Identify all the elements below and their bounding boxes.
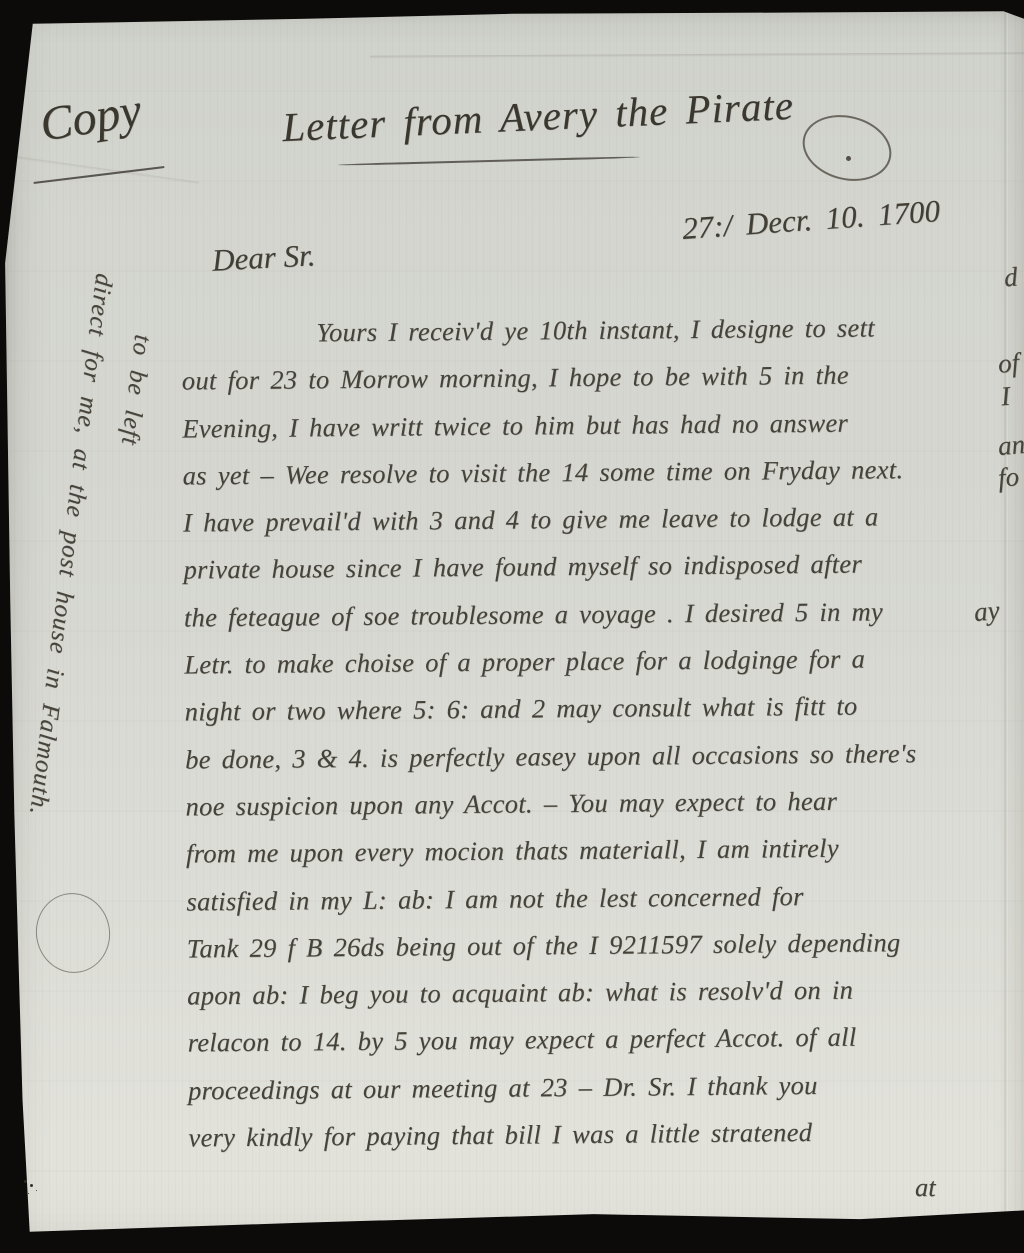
body-line: apon ab: I beg you to acquaint ab: what …	[187, 974, 987, 1028]
body-line: night or two where 5: 6: and 2 may consu…	[185, 690, 985, 744]
body-line: noe suspicion upon any Accot. – You may …	[185, 784, 985, 838]
body-last-word: at	[915, 1172, 936, 1203]
edge-fragment: an	[997, 429, 1024, 462]
body-line: Letr. to make choise of a proper place f…	[184, 643, 984, 697]
body-line: the feteague of soe troublesome a voyage…	[184, 595, 984, 649]
scanned-letter-page: Copy Letter from Avery the Pirate 27:/ D…	[0, 0, 1024, 1253]
body-line: from me upon every mocion thats material…	[186, 832, 986, 886]
body-line: private house since I have found myself …	[183, 548, 983, 602]
body-line: Evening, I have writt twice to him but h…	[182, 406, 982, 460]
title-period-dot	[846, 156, 851, 161]
body-line: Tank 29 f B 26ds being out of the I 9211…	[187, 926, 987, 980]
vertical-fold-crease	[1003, 12, 1009, 1212]
body-line: satisfied in my L: ab: I am not the lest…	[186, 879, 986, 933]
body-line: very kindly for paying that bill I was a…	[188, 1116, 988, 1170]
letter-body: Yours I receiv'd ye 10th instant, I desi…	[181, 312, 988, 1170]
body-line: relacon to 14. by 5 you may expect a per…	[187, 1021, 987, 1075]
salutation: Dear Sr.	[211, 237, 316, 278]
edge-fragment: fo	[997, 461, 1021, 494]
body-line: Yours I receiv'd ye 10th instant, I desi…	[181, 312, 981, 366]
body-line: be done, 3 & 4. is perfectly easey upon …	[185, 737, 985, 791]
body-line: out for 23 to Morrow morning, I hope to …	[182, 359, 982, 413]
edge-fragment: ay	[973, 595, 1001, 628]
body-line: as yet – Wee resolve to visit the 14 som…	[183, 453, 983, 507]
body-line: proceedings at our meeting at 23 – Dr. S…	[188, 1068, 988, 1122]
edge-fragment: of	[997, 347, 1021, 380]
ink-specks	[24, 1180, 27, 1183]
body-line: I have prevail'd with 3 and 4 to give me…	[183, 501, 983, 555]
edge-fragment: d	[1003, 261, 1019, 293]
